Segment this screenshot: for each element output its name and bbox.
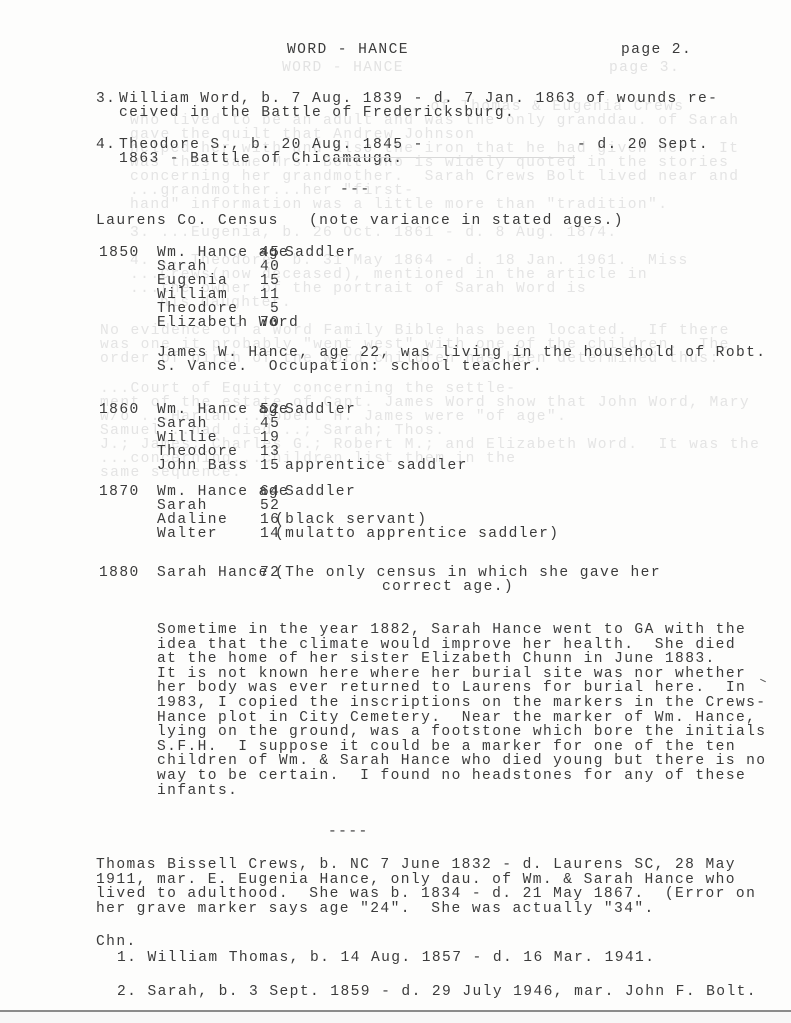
crews-line: Thomas Bissell Crews, b. NC 7 June 1832 … [96,858,736,872]
census-age: 70 [260,316,280,330]
narrative-line: Sometime in the year 1882, Sarah Hance w… [157,623,746,637]
census-name: Sarah Hance [157,566,269,580]
entry-number: 3. [96,92,116,106]
census-year: 1850 [99,246,140,260]
census-name: Sarah [157,499,208,513]
bleed-through-line: ...grandmother...her "first- [130,184,414,198]
bleed-header-page: page 3. [609,60,680,76]
census-info: (The only census in which she gave her [275,566,661,580]
entry-number: 4. [96,138,116,152]
census-age: 64 [260,485,280,499]
page-edge-shadow [0,1012,791,1023]
census-heading: Laurens Co. Census [96,214,279,228]
census-note-line: S. Vance. Occupation: school teacher. [157,360,543,374]
crews-line: her grave marker says age "24". She was … [96,902,655,916]
census-age: 45 [260,246,280,260]
narrative-line: at the home of her sister Elizabeth Chun… [157,652,716,666]
census-name: William [157,288,228,302]
entry-line: 1863 - Battle of Chicamauga. [119,152,403,166]
narrative-line: S.F.H. I suppose it could be a marker fo… [157,740,736,754]
bleed-through-line: concerning her grandmother. Sarah Crews … [130,170,739,184]
census-info: Saddler [285,485,356,499]
census-name: Willie [157,431,218,445]
census-info: (mulatto apprentice saddler) [275,527,559,541]
narrative-line: lying on the ground, was a footstone whi… [157,725,766,739]
narrative-line: infants. [157,784,238,798]
census-name: Adaline [157,513,228,527]
census-info: apprentice saddler [285,459,468,473]
census-info: (black servant) [275,513,427,527]
crews-line: 1911, mar. E. Eugenia Hance, only dau. o… [96,873,736,887]
child-item: 1. William Thomas, b. 14 Aug. 1857 - d. … [117,951,655,965]
census-age: 40 [260,260,280,274]
entry-line-right: - d. 20 Sept. [577,138,709,152]
paper-crease [335,157,575,158]
children-label: Chn. [96,935,137,949]
census-age: 15 [260,459,280,473]
entry-line: Theodore S., b. 20 Aug. 1845 - [119,138,424,152]
entry-line: ceived in the Battle of Fredericksburg. [119,106,515,120]
census-name: Walter [157,527,218,541]
narrative-line: children of Wm. & Sarah Hance who died y… [157,754,766,768]
census-year: 1860 [99,403,140,417]
separator: ---- [328,825,369,839]
census-name: Eugenia [157,274,228,288]
narrative-line: 1983, I copied the inscriptions on the m… [157,696,766,710]
narrative-line: idea that the climate would improve her … [157,638,736,652]
census-name: Theodore [157,445,238,459]
stray-mark [760,679,766,682]
narrative-line: her body was ever returned to Laurens fo… [157,681,746,695]
census-name: Sarah [157,260,208,274]
census-age: 15 [260,274,280,288]
census-age: 5 [270,302,280,316]
page-number: page 2. [621,43,692,57]
census-name: Theodore [157,302,238,316]
document-page: WORD - HANCE page 3. ...of Thomas & Euge… [0,0,791,1023]
census-age: 11 [260,288,280,302]
census-info: correct age.) [382,580,514,594]
document-title: WORD - HANCE [287,43,409,57]
census-age: 19 [260,431,280,445]
separator: --- [340,183,370,197]
census-year: 1880 [99,566,140,580]
census-note: (note variance in stated ages.) [309,214,624,228]
bleed-through-line: hand" information was a little more than… [130,198,668,212]
narrative-line: Hance plot in City Cemetery. Near the ma… [157,711,756,725]
crews-line: lived to adulthood. She was b. 1834 - d.… [96,887,756,901]
census-age: 52 [260,499,280,513]
census-age: 52 [260,403,280,417]
bleed-header-title: WORD - HANCE [282,60,404,76]
bleed-through-line: ...Court of Equity concerning the settle… [100,382,516,396]
census-note-line: James W. Hance, age 22, was living in th… [157,346,766,360]
census-name: John Bass [157,459,248,473]
census-age: 45 [260,417,280,431]
census-year: 1870 [99,485,140,499]
census-info: Saddler [285,246,356,260]
census-age: 13 [260,445,280,459]
census-info: Saddler [285,403,356,417]
narrative-line: way to be certain. I found no headstones… [157,769,746,783]
entry-line: William Word, b. 7 Aug. 1839 - d. 7 Jan.… [119,92,718,106]
child-item: 2. Sarah, b. 3 Sept. 1859 - d. 29 July 1… [117,985,757,999]
narrative-line: It is not known here where her burial si… [157,667,746,681]
census-name: Sarah [157,417,208,431]
